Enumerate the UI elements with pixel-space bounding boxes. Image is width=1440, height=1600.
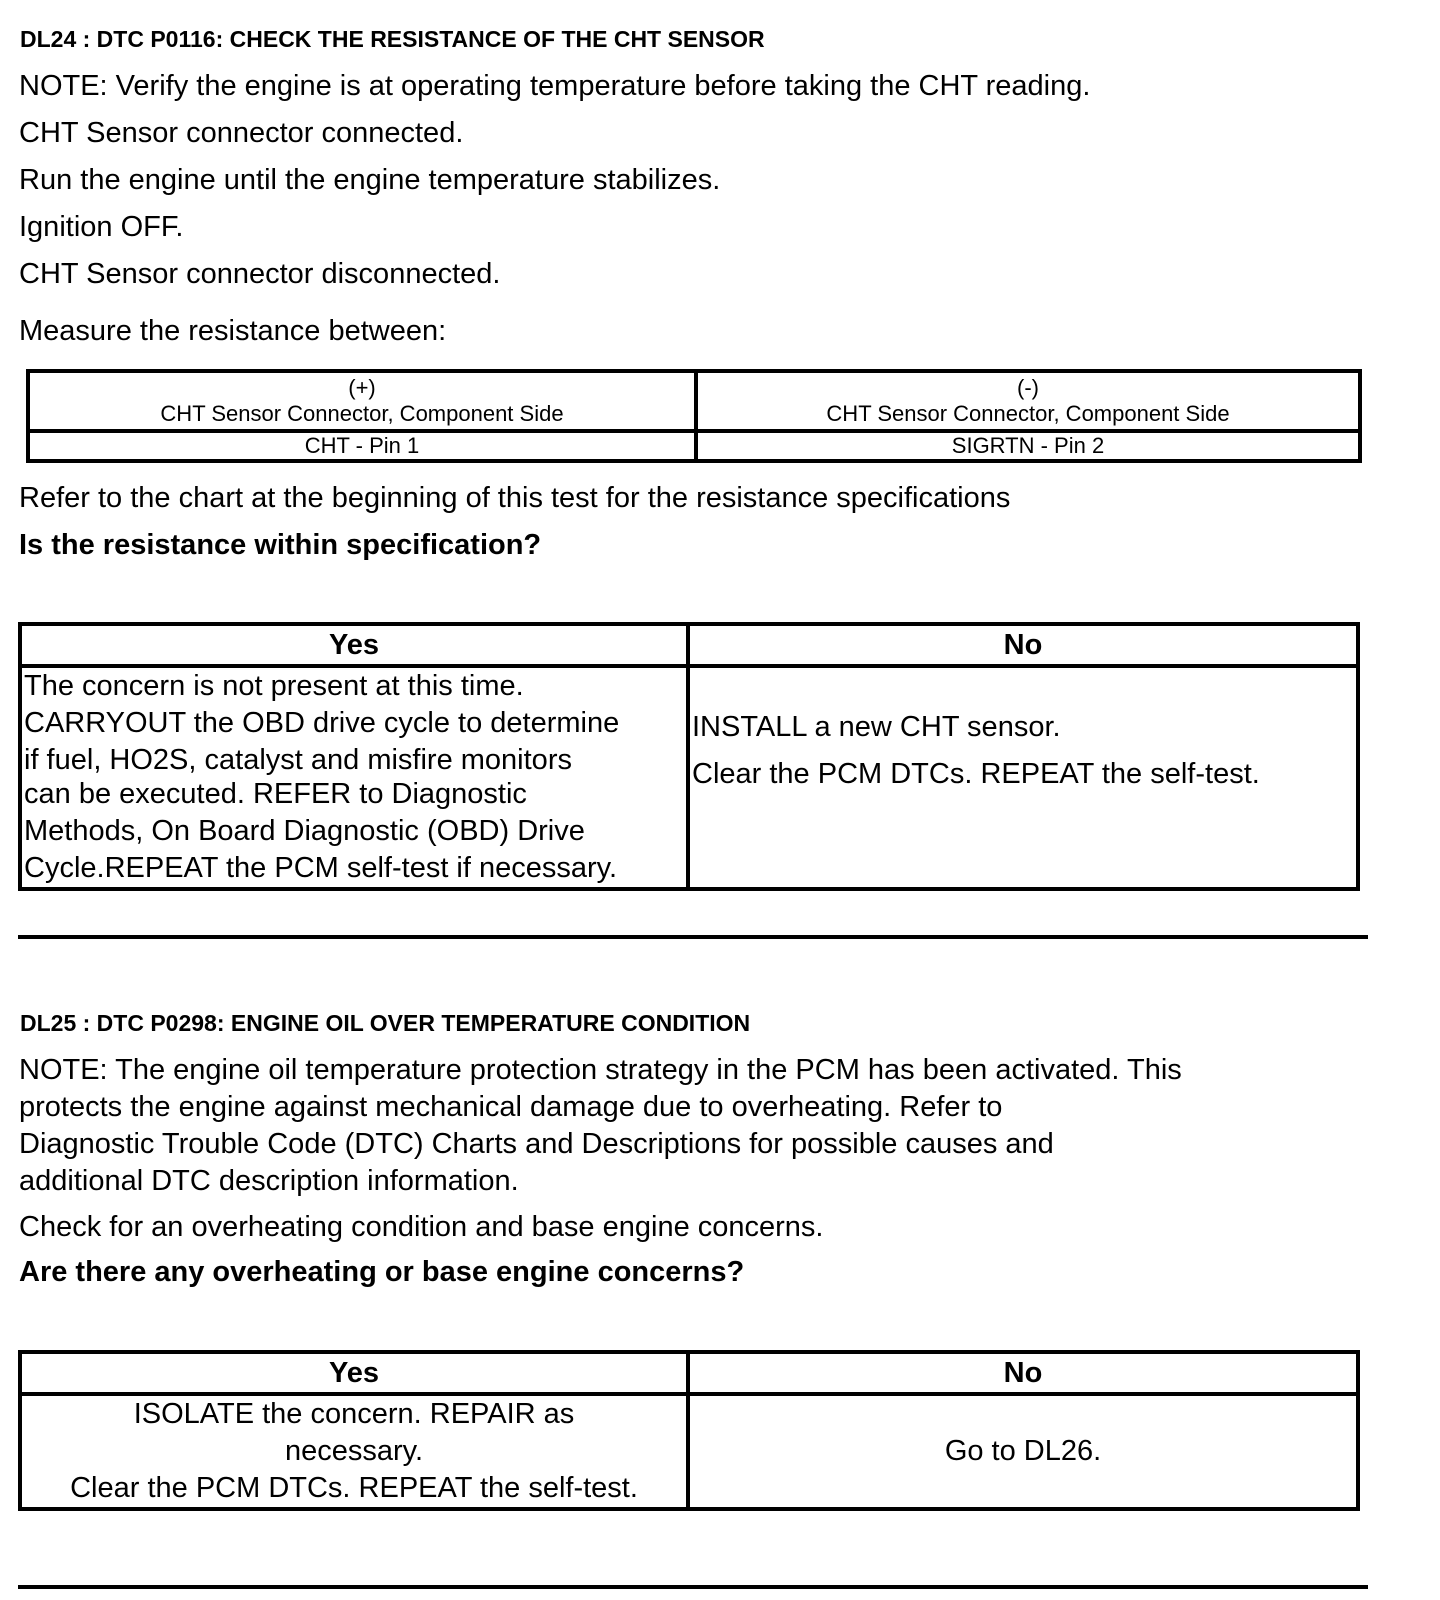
measure-header-positive: (+) CHT Sensor Connector, Component Side <box>28 371 696 431</box>
yes-line: necessary. <box>22 1433 686 1470</box>
reference-text: Refer to the chart at the beginning of t… <box>19 482 1010 515</box>
section-divider <box>18 935 1368 939</box>
polarity-negative: (-) <box>698 375 1358 401</box>
pin-negative: SIGRTN - Pin 2 <box>696 431 1360 461</box>
no-line: INSTALL a new CHT sensor. <box>692 704 1356 751</box>
connector-label-negative: CHT Sensor Connector, Component Side <box>698 401 1358 427</box>
yes-line: if fuel, HO2S, catalyst and misfire moni… <box>24 742 686 779</box>
yes-cell: ISOLATE the concern. REPAIR as necessary… <box>20 1394 688 1509</box>
note-line: additional DTC description information. <box>19 1165 519 1198</box>
no-line: Clear the PCM DTCs. REPEAT the self-test… <box>692 751 1356 798</box>
step-4: CHT Sensor connector disconnected. <box>19 258 500 291</box>
section-divider <box>18 1585 1368 1589</box>
yes-header: Yes <box>20 624 688 666</box>
no-cell: Go to DL26. <box>688 1394 1358 1509</box>
yes-line: Cycle.REPEAT the PCM self-test if necess… <box>24 850 686 887</box>
measure-header-negative: (-) CHT Sensor Connector, Component Side <box>696 371 1360 431</box>
no-cell: INSTALL a new CHT sensor. Clear the PCM … <box>688 666 1358 889</box>
yes-line: CARRYOUT the OBD drive cycle to determin… <box>24 705 686 742</box>
yes-line: The concern is not present at this time. <box>24 668 686 705</box>
note-line: protects the engine against mechanical d… <box>19 1091 1002 1124</box>
step-3: Ignition OFF. <box>19 211 183 244</box>
measure-intro: Measure the resistance between: <box>19 315 446 348</box>
question-dl25: Are there any overheating or base engine… <box>19 1256 744 1289</box>
section-heading-dl24: DL24 : DTC P0116: CHECK THE RESISTANCE O… <box>20 26 765 53</box>
yes-cell: The concern is not present at this time.… <box>20 666 688 889</box>
step-2: Run the engine until the engine temperat… <box>19 164 720 197</box>
yes-line: can be executed. REFER to Diagnostic <box>24 776 686 813</box>
step-dl25: Check for an overheating condition and b… <box>19 1211 823 1244</box>
polarity-positive: (+) <box>30 375 694 401</box>
yes-header: Yes <box>20 1352 688 1394</box>
measurement-table: (+) CHT Sensor Connector, Component Side… <box>26 369 1362 463</box>
section-heading-dl25: DL25 : DTC P0298: ENGINE OIL OVER TEMPER… <box>20 1010 750 1037</box>
yes-line: ISOLATE the concern. REPAIR as <box>22 1396 686 1433</box>
yes-line: Methods, On Board Diagnostic (OBD) Drive <box>24 813 686 850</box>
no-header: No <box>688 624 1358 666</box>
note-line: Diagnostic Trouble Code (DTC) Charts and… <box>19 1128 1054 1161</box>
note-dl24: NOTE: Verify the engine is at operating … <box>19 70 1090 103</box>
pin-positive: CHT - Pin 1 <box>28 431 696 461</box>
answer-table-dl25: Yes No ISOLATE the concern. REPAIR as ne… <box>18 1350 1360 1511</box>
connector-label-positive: CHT Sensor Connector, Component Side <box>30 401 694 427</box>
note-line: NOTE: The engine oil temperature protect… <box>19 1054 1182 1087</box>
answer-table-dl24: Yes No The concern is not present at thi… <box>18 622 1360 891</box>
question-dl24: Is the resistance within specification? <box>19 529 541 562</box>
no-header: No <box>688 1352 1358 1394</box>
step-1: CHT Sensor connector connected. <box>19 117 463 150</box>
yes-line: Clear the PCM DTCs. REPEAT the self-test… <box>22 1470 686 1507</box>
